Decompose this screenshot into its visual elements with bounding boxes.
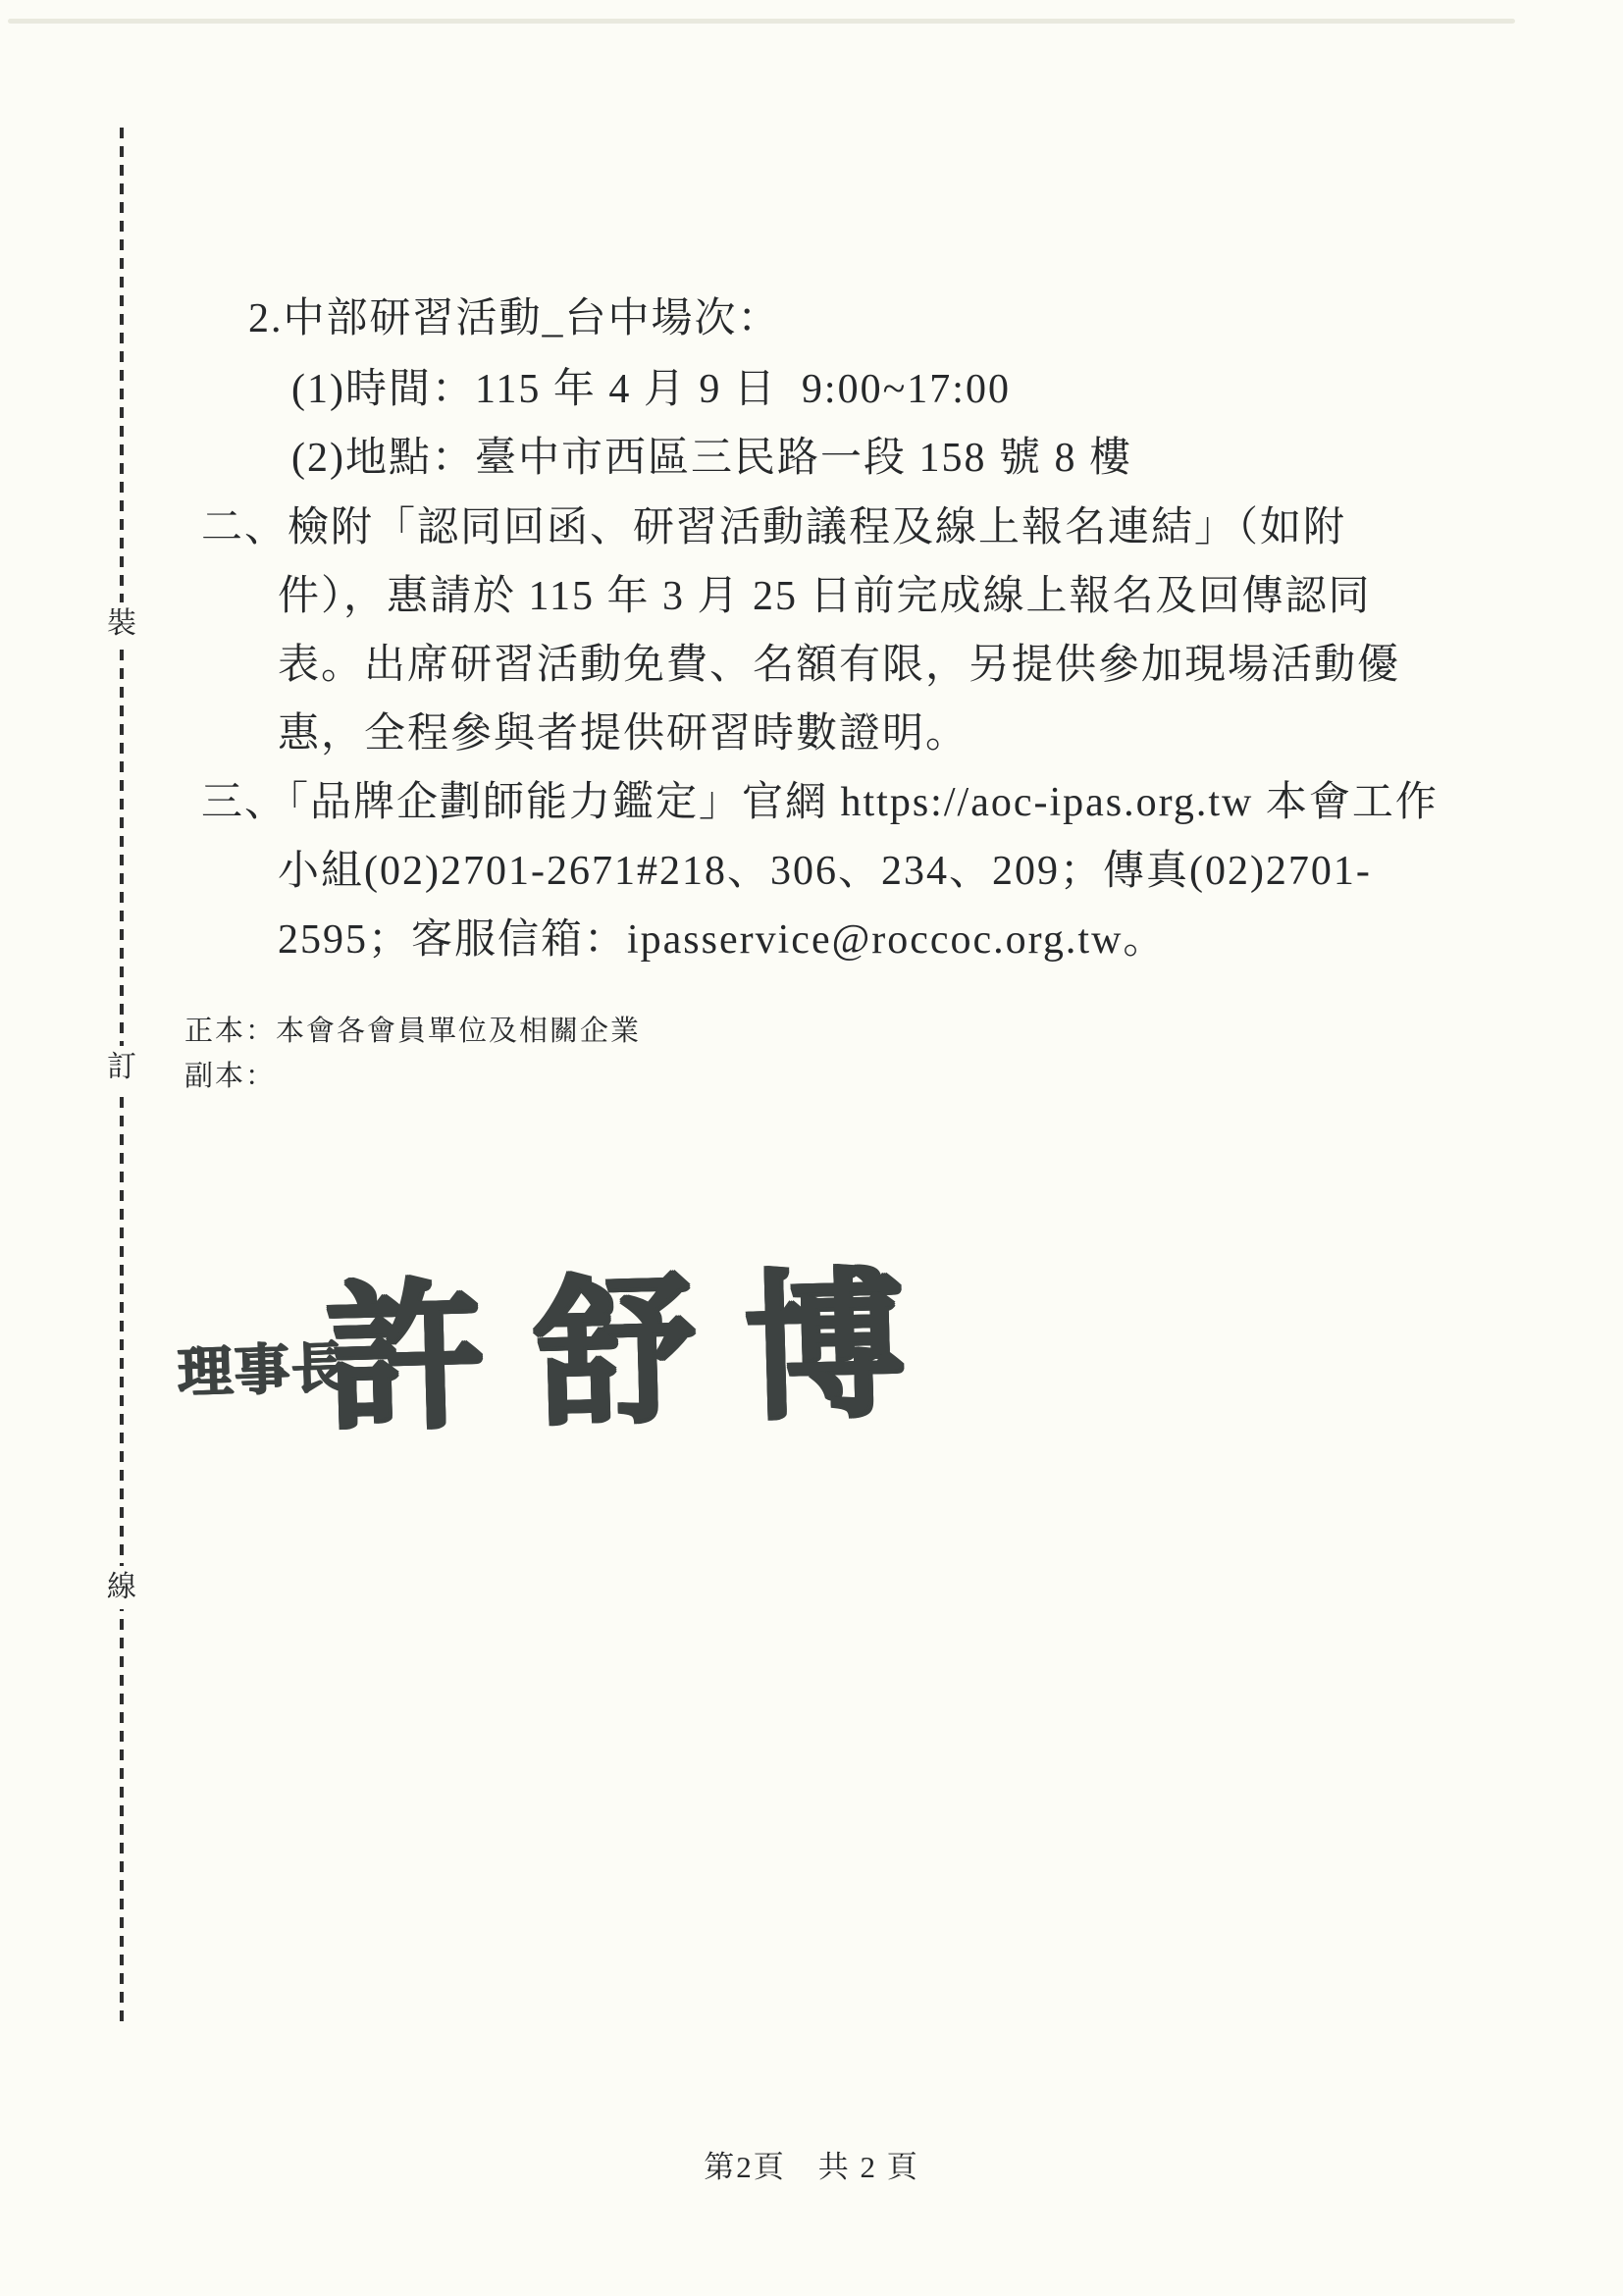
chairman-signature: 理事長 許舒博 bbox=[177, 1266, 981, 1491]
chairman-name-calligraphy: 許舒博 bbox=[322, 1266, 956, 1441]
scanned-letter-page: 裝 訂 線 2.中部研習活動_台中場次： (1)時間：115 年 4 月 9 日… bbox=[0, 0, 1623, 2296]
binding-label-zhuang: 裝 bbox=[105, 602, 138, 646]
body-line: 件），惠請於 115 年 3 月 25 日前完成線上報名及回傳認同 bbox=[278, 572, 1371, 621]
body-line: 惠，全程參與者提供研習時數證明。 bbox=[278, 709, 969, 758]
distribution-copy: 副本： bbox=[184, 1054, 276, 1094]
body-line: 二、檢附「認同回函、研習活動議程及線上報名連結」（如附 bbox=[201, 503, 1346, 552]
body-line: 2595；客服信箱：ipasservice@roccoc.org.tw。 bbox=[278, 915, 1166, 965]
page-number: 第2頁 共 2 頁 bbox=[0, 2142, 1623, 2186]
distribution-original: 正本：本會各會員單位及相關企業 bbox=[184, 1009, 641, 1049]
binding-label-xian: 線 bbox=[105, 1566, 138, 1609]
scan-artifact-top-edge bbox=[8, 19, 1515, 24]
body-line: 小組(02)2701-2671#218、306、234、209；傳真(02)27… bbox=[278, 847, 1372, 896]
binding-label-ding: 訂 bbox=[105, 1046, 138, 1089]
body-line: 表。出席研習活動免費、名額有限，另提供參加現場活動優 bbox=[278, 641, 1400, 690]
body-line: 三、「品牌企劃師能力鑑定」官網 https://aoc-ipas.org.tw … bbox=[201, 778, 1439, 827]
body-line: 2.中部研習活動_台中場次： bbox=[248, 294, 781, 343]
body-line: (2)地點：臺中市西區三民路一段 158 號 8 樓 bbox=[291, 434, 1132, 483]
body-line: (1)時間：115 年 4 月 9 日 9:00~17:00 bbox=[291, 365, 1011, 414]
